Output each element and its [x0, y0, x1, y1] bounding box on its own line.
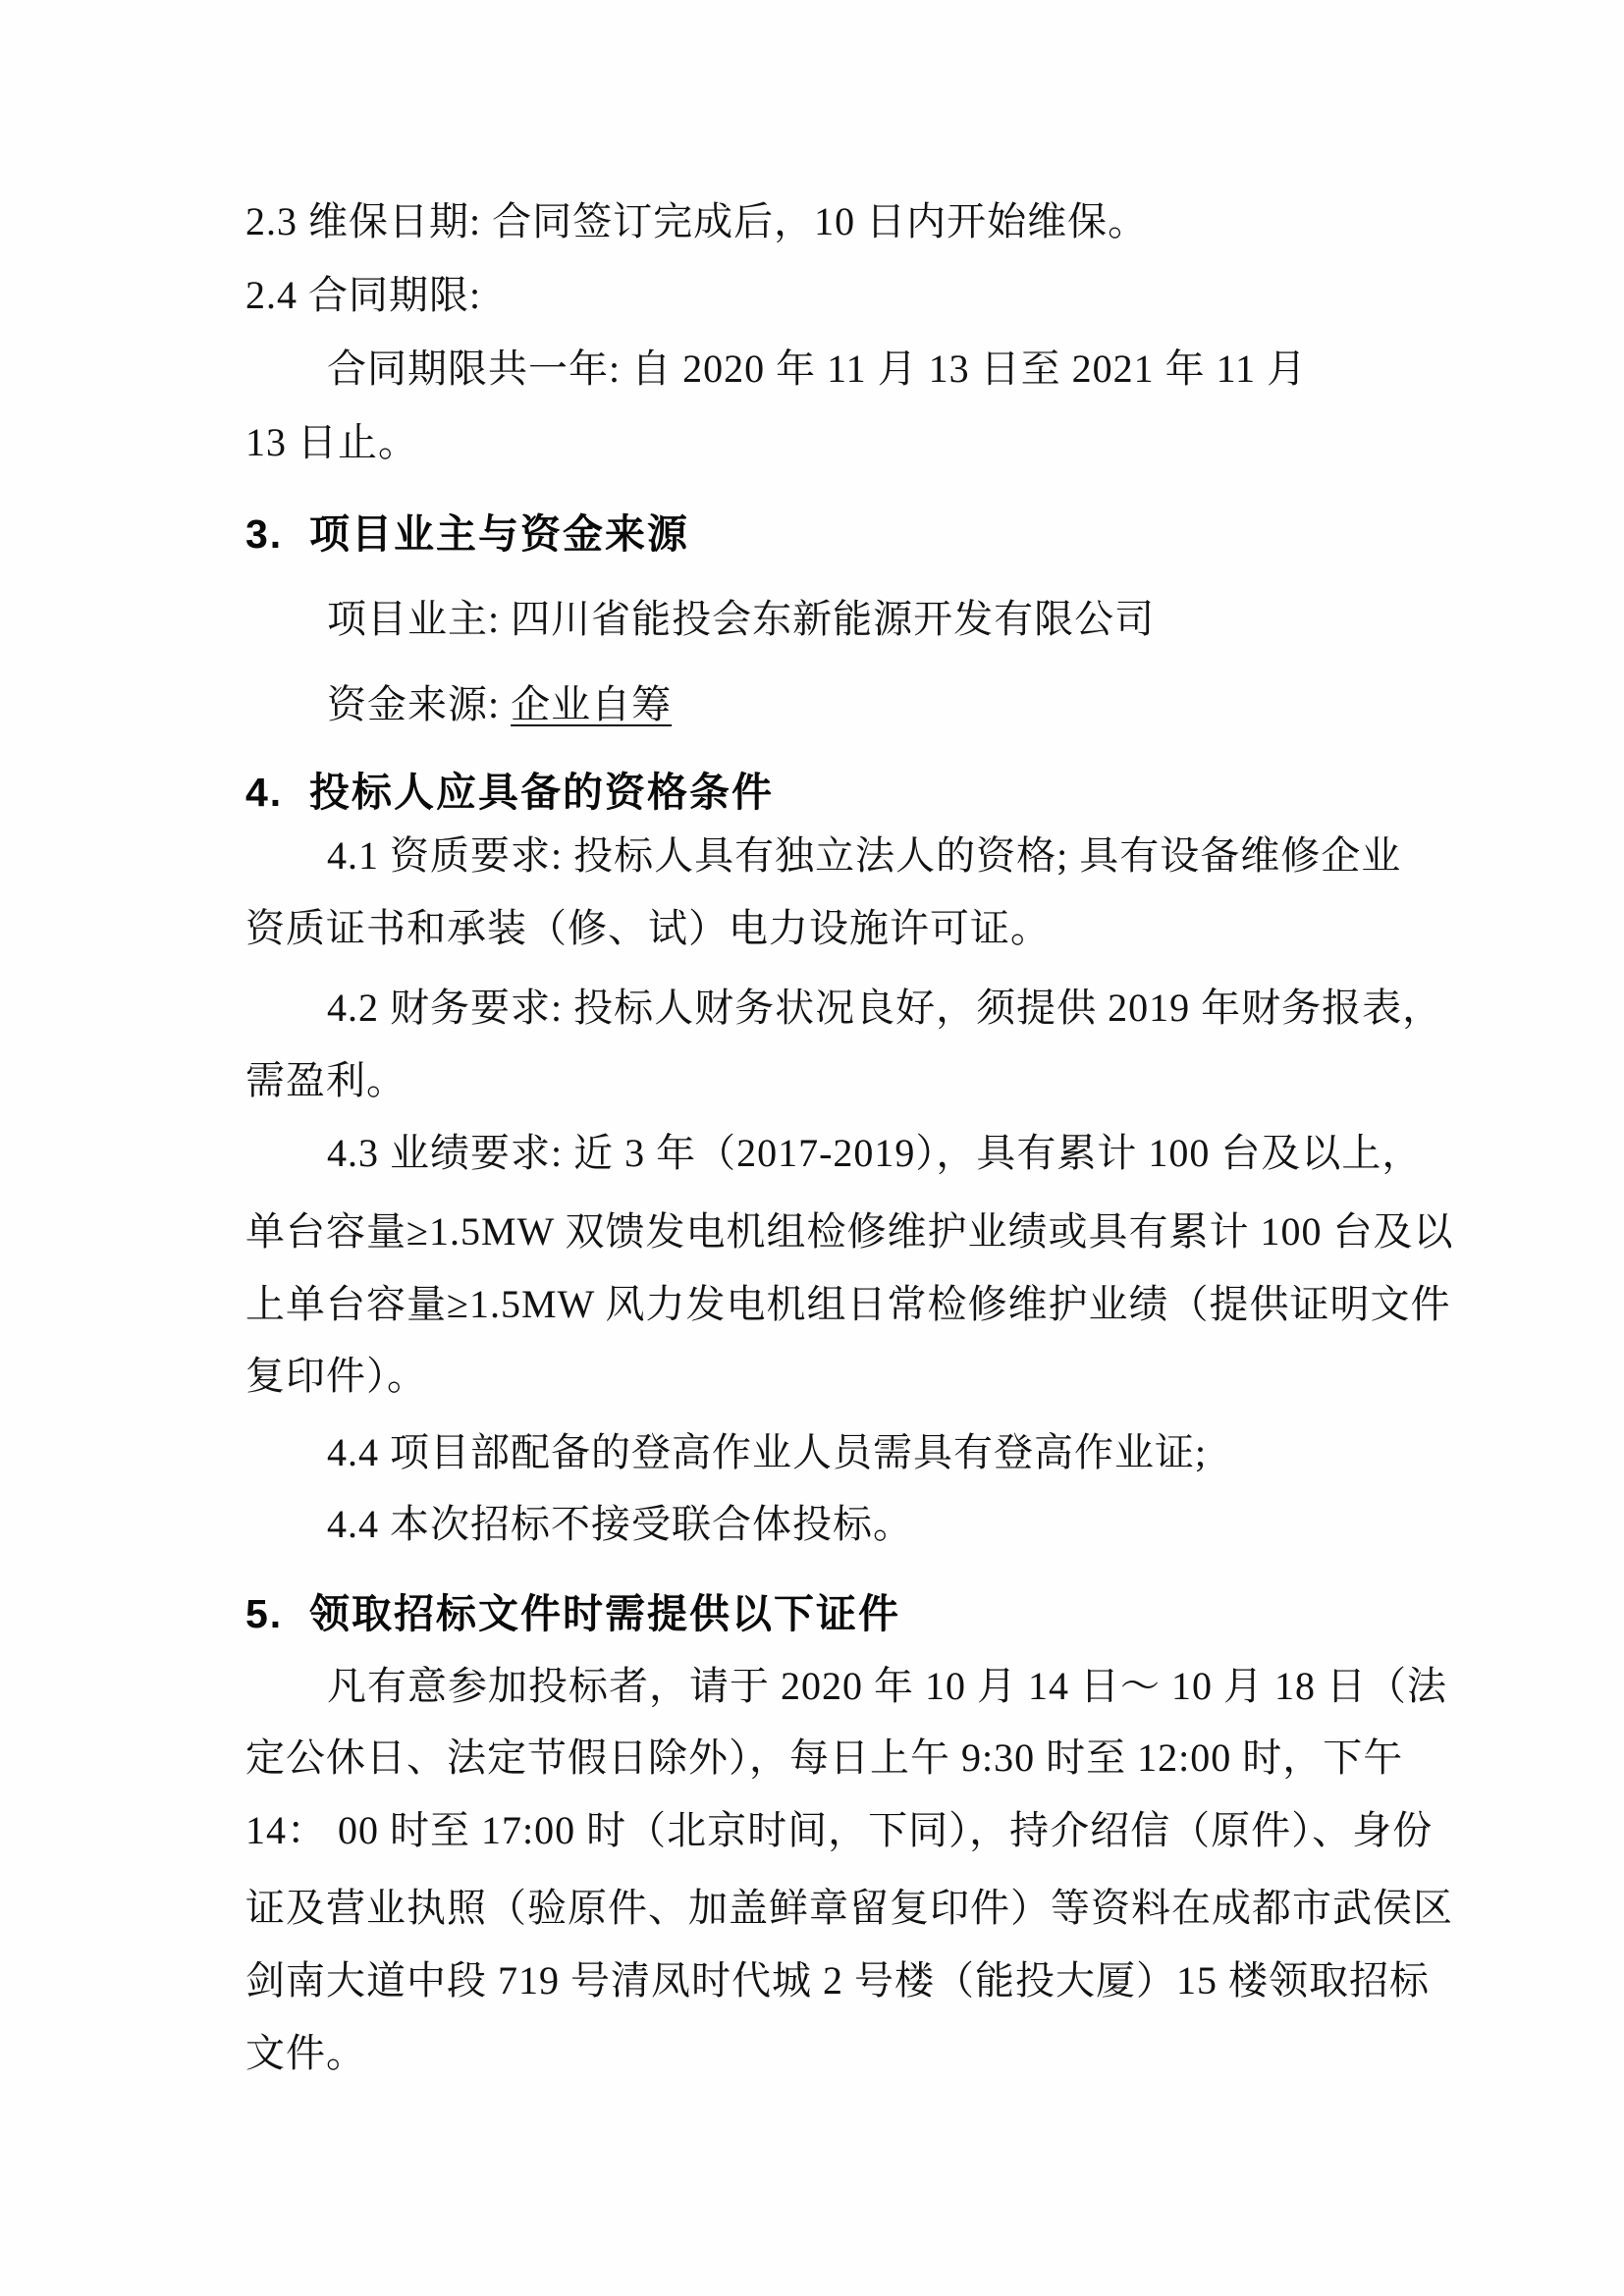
section-heading: 3. 项目业主与资金来源	[245, 510, 689, 558]
text-line: 资金来源: 企业自筹	[327, 681, 672, 728]
text-line: 4.2 财务要求: 投标人财务状况良好，须提供 2019 年财务报表，	[327, 985, 1442, 1032]
text-line: 2.3 维保日期: 合同签订完成后，10 日内开始维保。	[245, 198, 1148, 245]
text-part: 资金来源:	[327, 682, 511, 726]
text-line: 14： 00 时至 17:00 时（北京时间，下同），持介绍信（原件）、身份	[245, 1807, 1433, 1854]
text-line: 凡有意参加投标者，请于 2020 年 10 月 14 日～ 10 月 18 日（…	[327, 1663, 1447, 1710]
underlined-text: 企业自筹	[511, 682, 672, 726]
text-line: 上单台容量≥1.5MW 风力发电机组日常检修维护业绩（提供证明文件	[245, 1281, 1451, 1328]
text-line: 4.3 业绩要求: 近 3 年（2017-2019），具有累计 100 台及以上…	[327, 1130, 1422, 1177]
text-line: 单台容量≥1.5MW 双馈发电机组检修维护业绩或具有累计 100 台及以	[245, 1208, 1454, 1255]
text-line: 剑南大道中段 719 号清凤时代城 2 号楼（能投大厦）15 楼领取招标	[245, 1957, 1430, 2004]
document-page: 2.3 维保日期: 合同签订完成后，10 日内开始维保。2.4 合同期限:合同期…	[0, 0, 1624, 2296]
text-line: 证及营业执照（验原件、加盖鲜章留复印件）等资料在成都市武侯区	[245, 1885, 1453, 1932]
text-line: 4.4 本次招标不接受联合体投标。	[327, 1501, 913, 1548]
section-heading: 5. 领取招标文件时需提供以下证件	[245, 1590, 900, 1637]
text-line: 资质证书和承装（修、试）电力设施许可证。	[245, 905, 1051, 952]
text-line: 4.4 项目部配备的登高作业人员需具有登高作业证;	[327, 1429, 1207, 1476]
text-line: 2.4 合同期限:	[245, 272, 481, 319]
text-line: 复印件）。	[245, 1353, 427, 1400]
text-line: 4.1 资质要求: 投标人具有独立法人的资格; 具有设备维修企业	[327, 832, 1401, 880]
text-line: 文件。	[245, 2030, 366, 2077]
text-line: 定公休日、法定节假日除外），每日上午 9:30 时至 12:00 时，下午	[245, 1735, 1403, 1782]
section-heading: 4. 投标人应具备的资格条件	[245, 769, 774, 816]
text-line: 合同期限共一年: 自 2020 年 11 月 13 日至 2021 年 11 月	[327, 346, 1307, 393]
text-line: 项目业主: 四川省能投会东新能源开发有限公司	[327, 596, 1155, 643]
text-line: 需盈利。	[245, 1057, 406, 1104]
text-line: 13 日止。	[245, 419, 418, 466]
